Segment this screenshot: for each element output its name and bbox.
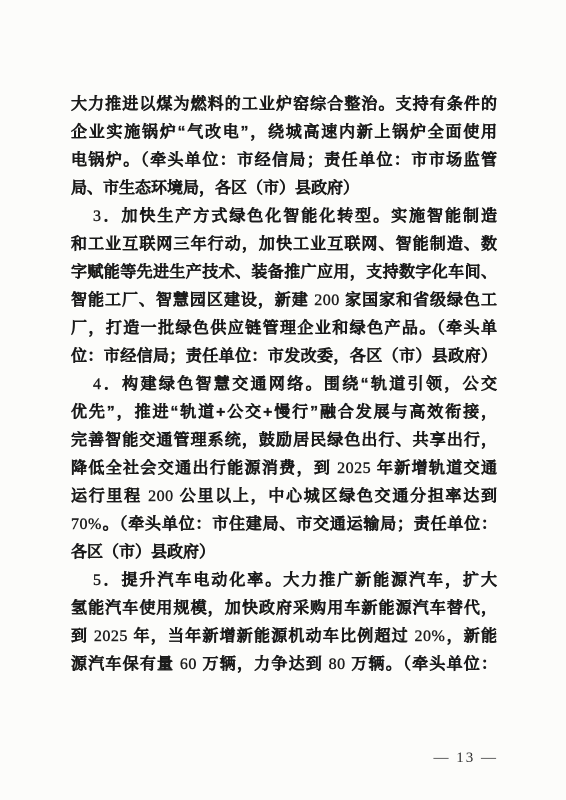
text-line: 运行里程 200 公里以上，中心城区绿色交通分担率达到 — [71, 483, 497, 511]
numeric-text: 4 — [93, 376, 102, 393]
text-line: 4．构建绿色智慧交通网络。围绕“轨道引领，公交 — [71, 371, 497, 399]
numeric-text: 2025 — [337, 460, 371, 477]
text-line: 优先”，推进“轨道+公交+慢行”融合发展与高效衔接， — [71, 399, 497, 427]
numeric-text: 70% — [71, 516, 102, 533]
numeric-text: 60 — [180, 656, 197, 673]
numeric-text: 80 — [329, 656, 346, 673]
document-body: 大力推进以煤为燃料的工业炉窑综合整治。支持有条件的企业实施锅炉“气改电”，绕城高… — [71, 91, 497, 679]
text-line: 位：市经信局；责任单位：市发改委，各区（市）县政府） — [71, 343, 497, 371]
numeric-text: 20% — [415, 628, 446, 645]
text-line: 3．加快生产方式绿色化智能化转型。实施智能制造 — [71, 203, 497, 231]
text-line: 局、市生态环境局，各区（市）县政府） — [71, 175, 497, 203]
document-page: 大力推进以煤为燃料的工业炉窑综合整治。支持有条件的企业实施锅炉“气改电”，绕城高… — [0, 0, 566, 800]
page-number: — 13 — — [434, 750, 499, 767]
text-line: 智能工厂、智慧园区建设，新建 200 家国家和省级绿色工 — [71, 287, 497, 315]
numeric-text: 200 — [148, 488, 174, 505]
text-line: 厂，打造一批绿色供应链管理企业和绿色产品。（牵头单 — [71, 315, 497, 343]
numeric-text: 2025 — [94, 628, 128, 645]
text-line: 各区（市）县政府） — [71, 539, 497, 567]
text-line: 和工业互联网三年行动，加快工业互联网、智能制造、数 — [71, 231, 497, 259]
numeric-text: 5 — [93, 572, 102, 589]
text-line: 氢能汽车使用规模，加快政府采购用车新能源汽车替代， — [71, 595, 497, 623]
numeric-text: 3 — [93, 208, 102, 225]
text-line: 企业实施锅炉“气改电”，绕城高速内新上锅炉全面使用 — [71, 119, 497, 147]
text-line: 大力推进以煤为燃料的工业炉窑综合整治。支持有条件的 — [71, 91, 497, 119]
text-line: 完善智能交通管理系统，鼓励居民绿色出行、共享出行， — [71, 427, 497, 455]
numeric-text: 200 — [314, 292, 340, 309]
text-line: 源汽车保有量 60 万辆，力争达到 80 万辆。（牵头单位： — [71, 651, 497, 679]
text-line: 到 2025 年，当年新增新能源机动车比例超过 20%，新能 — [71, 623, 497, 651]
text-line: 电锅炉。（牵头单位：市经信局；责任单位：市市场监管 — [71, 147, 497, 175]
text-line: 5．提升汽车电动化率。大力推广新能源汽车，扩大 — [71, 567, 497, 595]
text-line: 字赋能等先进生产技术、装备推广应用，支持数字化车间、 — [71, 259, 497, 287]
text-line: 70%。（牵头单位：市住建局、市交通运输局；责任单位： — [71, 511, 497, 539]
text-line: 降低全社会交通出行能源消费，到 2025 年新增轨道交通 — [71, 455, 497, 483]
